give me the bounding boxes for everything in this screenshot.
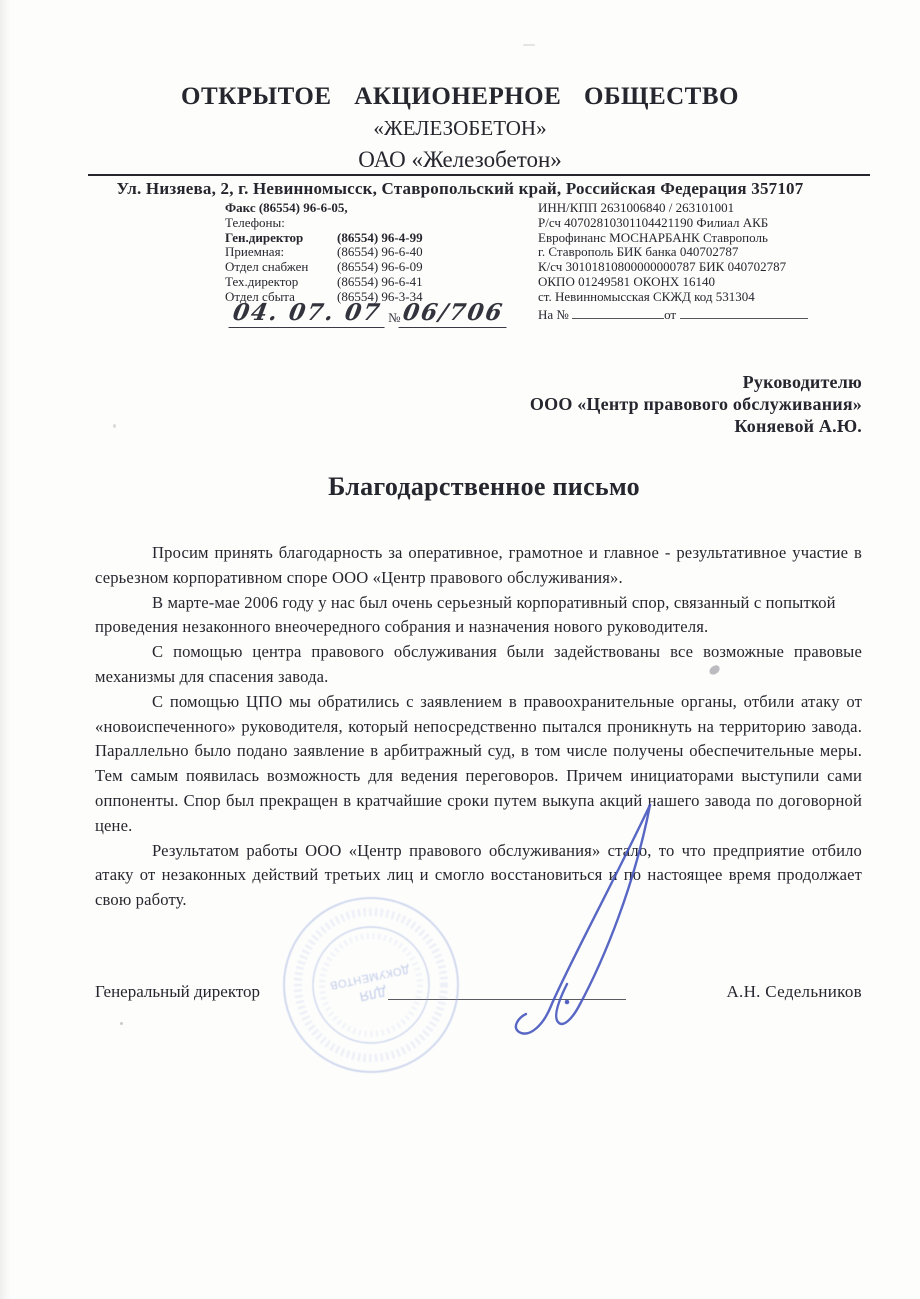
na-label: На №: [538, 307, 569, 322]
reference-date-blank: [680, 306, 808, 319]
phone-row: Приемная:(86554) 96-6-40: [225, 245, 530, 260]
handwritten-number: 06/706: [399, 299, 513, 328]
letterhead-divider: [88, 174, 870, 176]
phone-label: Ген.директор: [225, 231, 337, 246]
phone-label: Приемная:: [225, 245, 337, 260]
org-header: ОТКРЫТОЕ АКЦИОНЕРНОЕ ОБЩЕСТВО «ЖЕЛЕЗОБЕТ…: [0, 84, 920, 171]
contacts-column: Факс (86554) 96-6-05, Телефоны: Ген.дире…: [225, 201, 530, 305]
paragraph: В марте-мае 2006 году у нас был очень се…: [95, 591, 862, 641]
reference-line: На № от: [538, 306, 808, 323]
requisite-line: ИНН/КПП 2631006840 / 263101001: [538, 201, 873, 216]
org-address: Ул. Низяева, 2, г. Невинномысск, Ставроп…: [0, 179, 920, 199]
phone-label: Отдел снабжен: [225, 260, 337, 275]
signer-name: А.Н. Седельников: [726, 982, 862, 1002]
requisite-line: Еврофинанс МОСНАРБАНК Ставрополь: [538, 231, 873, 246]
requisites-column: ИНН/КПП 2631006840 / 263101001 Р/сч 4070…: [538, 201, 873, 305]
reference-number-blank: [572, 306, 664, 319]
org-name-quoted: «ЖЕЛЕЗОБЕТОН»: [0, 118, 920, 139]
letter-title: Благодарственное письмо: [0, 472, 920, 502]
ot-label: от: [664, 307, 676, 322]
paragraph: Просим принять благодарность за оператив…: [95, 541, 862, 591]
phone-row: Ген.директор(86554) 96-4-99: [225, 231, 530, 246]
scanned-letter-page: ОТКРЫТОЕ АКЦИОНЕРНОЕ ОБЩЕСТВО «ЖЕЛЕЗОБЕТ…: [0, 0, 920, 1299]
phone-number: (86554) 96-6-40: [337, 244, 423, 259]
scan-smudge: [523, 44, 535, 46]
requisite-line: ОКПО 01249581 ОКОНХ 16140: [538, 275, 873, 290]
scan-smudge: [113, 424, 116, 428]
requisite-line: К/сч 30101810800000000787 БИК 040702787: [538, 260, 873, 275]
letter-body: Просим принять благодарность за оператив…: [95, 541, 862, 913]
recipient-org: ООО «Центр правового обслуживания»: [530, 393, 862, 415]
paragraph: Результатом работы ООО «Центр правового …: [95, 839, 862, 913]
fax-line: Факс (86554) 96-6-05,: [225, 201, 530, 216]
handwritten-date: 04. 07. 07: [228, 299, 389, 328]
requisite-line: г. Ставрополь БИК банка 040702787: [538, 245, 873, 260]
recipient-block: Руководителю ООО «Центр правового обслуж…: [530, 371, 862, 437]
recipient-name: Коняевой А.Ю.: [530, 415, 862, 437]
phone-number: (86554) 96-4-99: [337, 230, 423, 245]
phone-row: Отдел снабжен(86554) 96-6-09: [225, 260, 530, 275]
signature-blank-line: [388, 999, 626, 1000]
phone-row: Тех.директор(86554) 96-6-41: [225, 275, 530, 290]
requisite-line: Р/сч 40702810301104421190 Филиал АКБ: [538, 216, 873, 231]
paragraph: С помощью ЦПО мы обратились с заявлением…: [95, 690, 862, 839]
org-name-short: ОАО «Железобетон»: [0, 148, 920, 171]
phone-label: Тех.директор: [225, 275, 337, 290]
paragraph: С помощью центра правового обслуживания …: [95, 640, 862, 690]
phone-number: (86554) 96-6-41: [337, 274, 423, 289]
scan-smudge: [120, 1022, 123, 1025]
signer-position: Генеральный директор: [95, 982, 260, 1002]
requisite-line: ст. Невинномысская СКЖД код 531304: [538, 290, 873, 305]
org-name-full: ОТКРЫТОЕ АКЦИОНЕРНОЕ ОБЩЕСТВО: [0, 84, 920, 109]
signature-row: Генеральный директор А.Н. Седельников: [95, 978, 862, 1018]
outgoing-number-block: 04. 07. 07№06/706: [231, 299, 510, 328]
phones-label: Телефоны:: [225, 216, 530, 231]
recipient-role: Руководителю: [530, 371, 862, 393]
phone-number: (86554) 96-6-09: [337, 259, 423, 274]
